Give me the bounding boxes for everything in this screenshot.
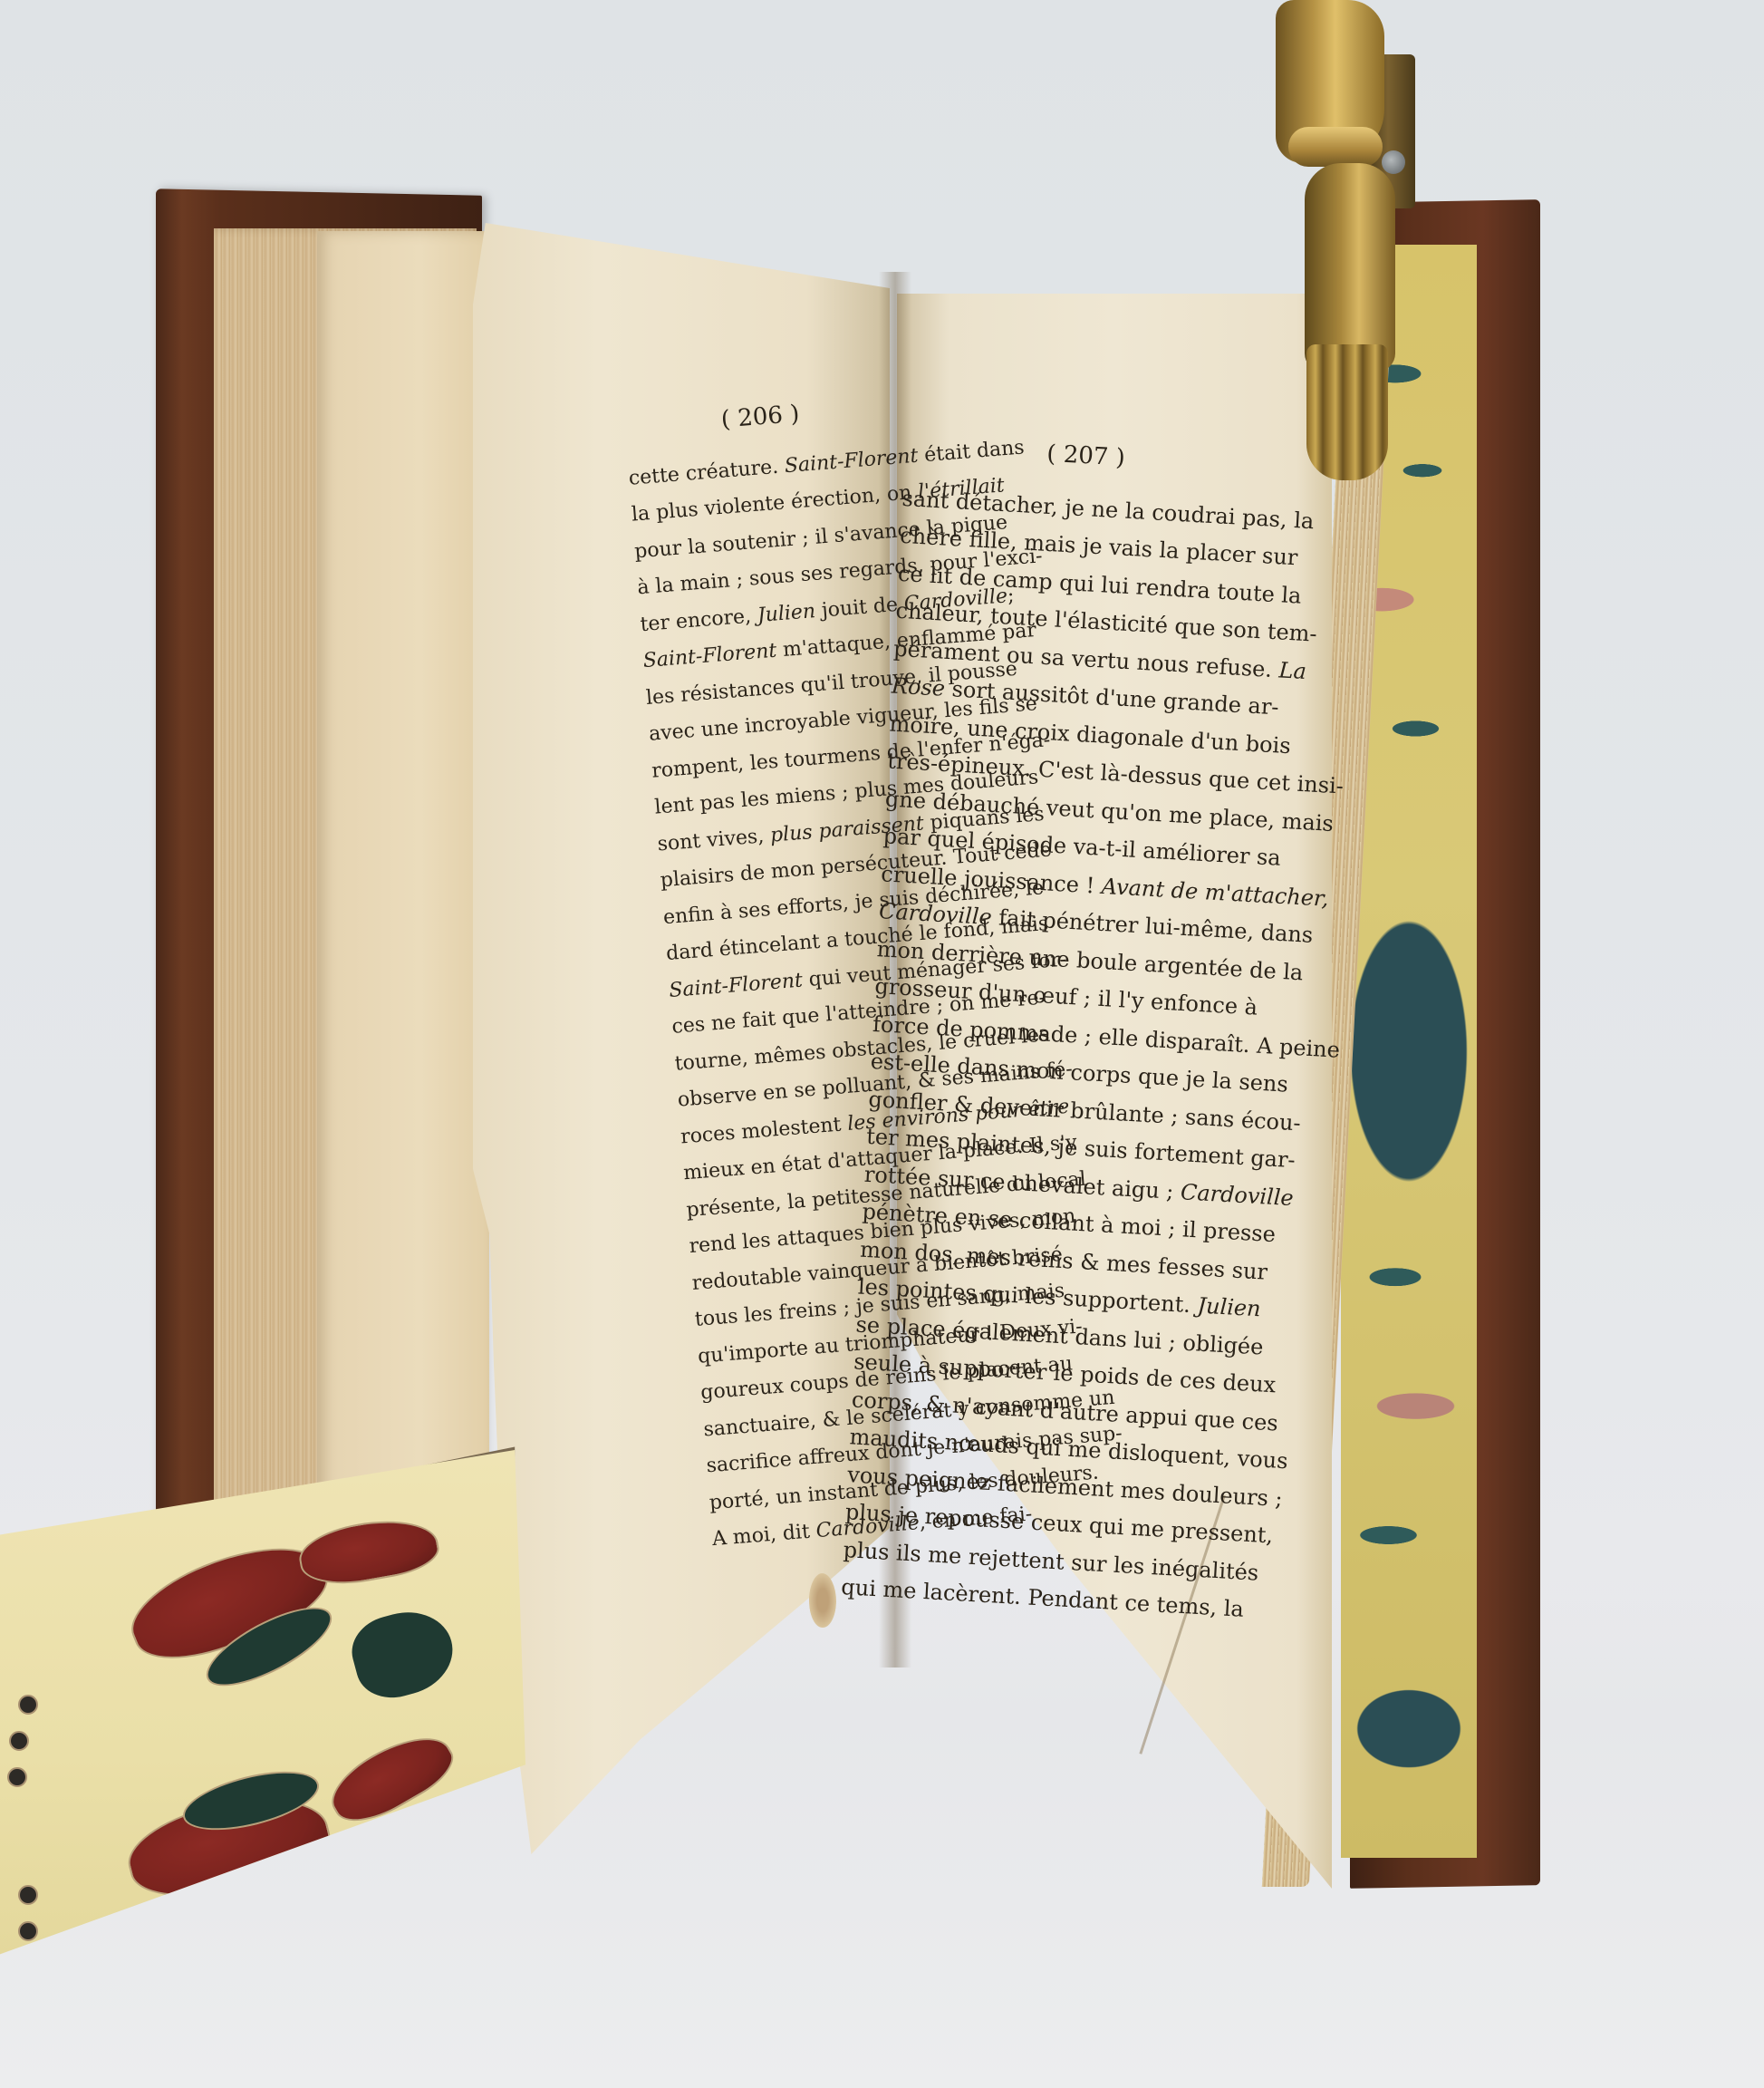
page-207-text: ( 207 ) sant détacher, je ne la coudrai … [840, 428, 1268, 1627]
clip-screw-icon [1382, 150, 1405, 174]
photo-scene: ( 206 ) cette créature. Saint-Florent ét… [0, 0, 1764, 2088]
enamel-tail-icon [295, 1511, 443, 1592]
enamel-vase-icon [344, 1601, 462, 1706]
page-207-lines: sant détacher, je ne la coudrai pas, lac… [840, 479, 1265, 1626]
enamel-berry-icon [18, 1921, 38, 1941]
left-blank-leaf [317, 231, 489, 1518]
clip-cuff [1288, 127, 1383, 167]
worm-hole-damage [809, 1573, 836, 1628]
brass-hand-page-clip [1241, 0, 1459, 507]
enamel-berry-icon [18, 1695, 38, 1715]
enamel-berry-icon [18, 1885, 38, 1905]
enamel-berry-icon [9, 1731, 29, 1751]
clip-hand [1305, 163, 1395, 372]
enamel-berry-icon [7, 1767, 27, 1787]
clip-fingers [1306, 344, 1388, 480]
